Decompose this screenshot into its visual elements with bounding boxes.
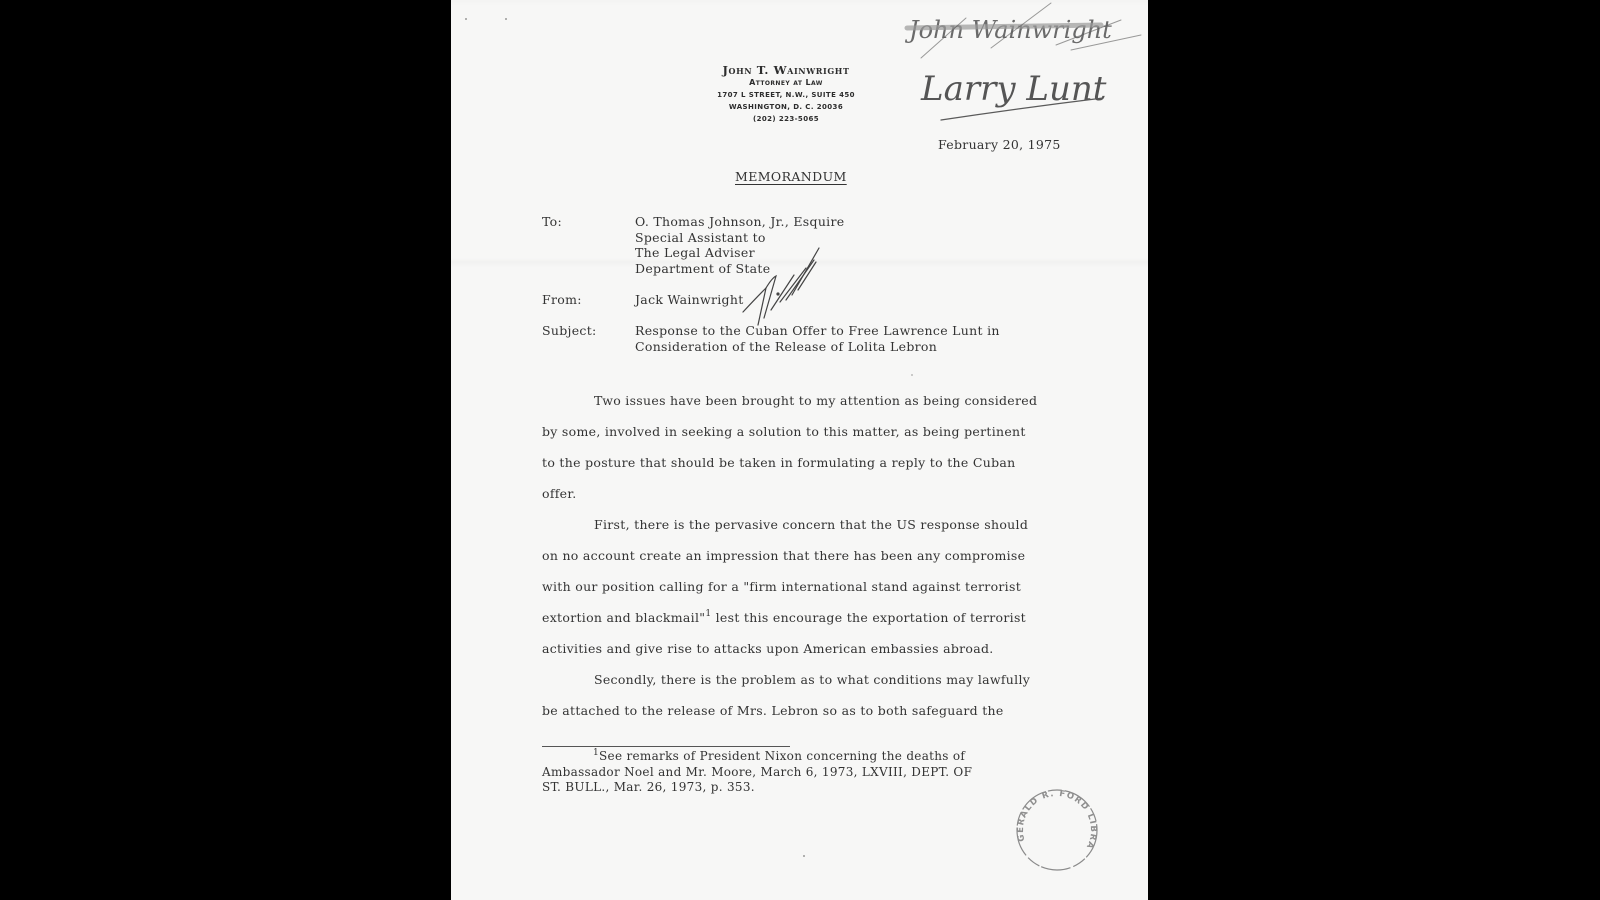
subject-label: Subject: xyxy=(542,323,597,338)
letterhead-name: John T. Wainwright xyxy=(681,63,891,77)
footnote-text: See remarks of President Nixon concernin… xyxy=(599,749,965,763)
body-paragraph-1: Two issues have been brought to my atten… xyxy=(542,385,1072,509)
letterhead-title: Attorney at Law xyxy=(681,77,891,89)
body-line: by some, involved in seeking a solution … xyxy=(542,416,1072,447)
body-line: offer. xyxy=(542,478,1072,509)
document-page: John T. Wainwright Attorney at Law 1707 … xyxy=(451,0,1148,900)
body-line: First, there is the pervasive concern th… xyxy=(542,509,1072,540)
strike-through-line xyxy=(907,25,1101,28)
scan-speck xyxy=(505,18,507,20)
body-line: with our position calling for a "firm in… xyxy=(542,571,1072,602)
document-viewer: John T. Wainwright Attorney at Law 1707 … xyxy=(0,0,1600,900)
letterhead-address-2: Washington, D. C. 20036 xyxy=(681,101,891,113)
body-line: Secondly, there is the problem as to wha… xyxy=(542,664,1072,695)
svg-text:GERALD R. FORD LIBRARY: GERALD R. FORD LIBRARY xyxy=(1013,786,1098,851)
body-line: extortion and blackmail"1 lest this enco… xyxy=(542,602,1072,633)
subject-line: Response to the Cuban Offer to Free Lawr… xyxy=(635,323,1000,339)
scan-speck xyxy=(803,855,805,857)
body-text: lest this encourage the exportation of t… xyxy=(711,610,1026,625)
handwritten-annotation: John Wainwright Larry Lunt xyxy=(871,0,1148,130)
library-stamp: GERALD R. FORD LIBRARY xyxy=(1013,786,1101,874)
footnote-line: 1See remarks of President Nixon concerni… xyxy=(542,749,1102,765)
footnote-line: Ambassador Noel and Mr. Moore, March 6, … xyxy=(542,765,1102,781)
subject-value: Response to the Cuban Offer to Free Lawr… xyxy=(635,323,1000,354)
body-line: to the posture that should be taken in f… xyxy=(542,447,1072,478)
to-label: To: xyxy=(542,214,562,229)
body-line: activities and give rise to attacks upon… xyxy=(542,633,1072,664)
body-line: Two issues have been brought to my atten… xyxy=(542,385,1072,416)
from-value: Jack Wainwright xyxy=(635,292,744,308)
scan-speck xyxy=(465,18,467,20)
body-paragraph-3: Secondly, there is the problem as to wha… xyxy=(542,664,1072,726)
handwritten-initials xyxy=(736,240,846,330)
memo-date: February 20, 1975 xyxy=(938,137,1061,152)
body-text: extortion and blackmail" xyxy=(542,610,705,625)
stamp-text: GERALD R. FORD LIBRARY xyxy=(1013,786,1098,851)
body-paragraph-2: First, there is the pervasive concern th… xyxy=(542,509,1072,664)
from-label: From: xyxy=(542,292,582,307)
body-line: on no account create an impression that … xyxy=(542,540,1072,571)
to-line: O. Thomas Johnson, Jr., Esquire xyxy=(635,214,844,230)
scan-speck xyxy=(911,374,913,376)
memo-heading: MEMORANDUM xyxy=(735,169,847,184)
letterhead-address-1: 1707 L Street, N.W., Suite 450 xyxy=(681,89,891,101)
letterhead-phone: (202) 223-5065 xyxy=(681,113,891,125)
footnote-divider xyxy=(542,746,790,747)
body-line: be attached to the release of Mrs. Lebro… xyxy=(542,695,1072,726)
replacement-name-text: Larry Lunt xyxy=(920,69,1107,109)
letterhead: John T. Wainwright Attorney at Law 1707 … xyxy=(681,63,891,125)
subject-line: Consideration of the Release of Lolita L… xyxy=(635,339,1000,355)
